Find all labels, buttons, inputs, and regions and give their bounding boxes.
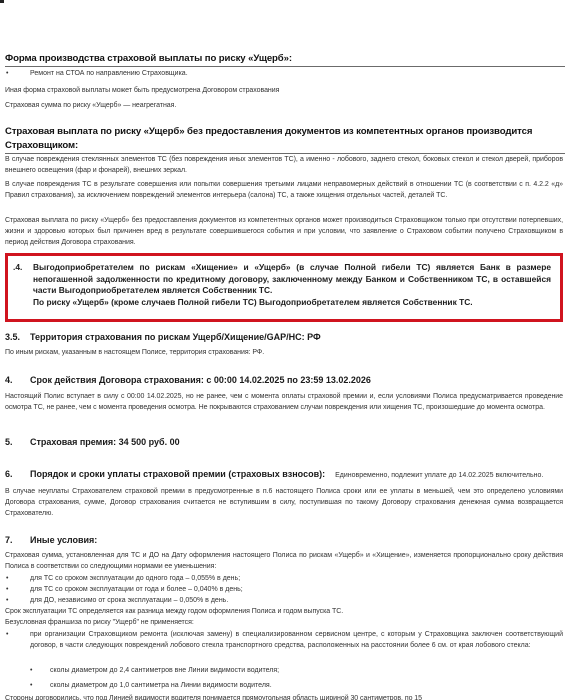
- clause-text-1: Выгодоприобретателем по рискам «Хищение»…: [33, 262, 551, 297]
- title-rule: [5, 153, 565, 154]
- no-docs-p2: В случае повреждения ТС в результате сов…: [5, 180, 563, 202]
- clause-number: .4.: [13, 262, 22, 272]
- no-docs-p1: В случае повреждения стеклянных элементо…: [5, 155, 563, 177]
- highlighted-clause-box: .4. Выгодоприобретателем по рискам «Хище…: [5, 253, 563, 322]
- no-docs-title-line2: Страховщиком:: [5, 140, 565, 151]
- clause-text-2: По риску «Ущерб» (кроме случаев Полной г…: [33, 297, 551, 309]
- section-3-5-text: По иным рискам, указанным в настоящем По…: [5, 348, 563, 359]
- franchise-note: Безусловная франшиза по риску "Ущерб" не…: [5, 618, 563, 629]
- payout-form-note: Иная форма страховой выплаты может быть …: [5, 86, 563, 97]
- section-4-text: Настоящий Полис вступает в силу с 00:00 …: [5, 392, 563, 414]
- title-rule: [5, 66, 565, 67]
- no-docs-p3: Страховая выплата по риску «Ущерб» без п…: [5, 216, 563, 248]
- corner-mark: [0, 0, 4, 3]
- section-7-intro: Страховая сумма, установленная для ТС и …: [5, 551, 563, 573]
- clause-body: Выгодоприобретателем по рискам «Хищение»…: [33, 262, 551, 308]
- visibility-line-definition: Стороны договорились, что под Линией вид…: [5, 694, 563, 700]
- term-note: Срок эксплуатации ТС определяется как ра…: [5, 607, 563, 618]
- section-6-text: В случае неуплаты Страхователем страхово…: [5, 487, 563, 519]
- bullet-dot: •: [6, 69, 8, 80]
- no-docs-title-line1: Страховая выплата по риску «Ущерб» без п…: [5, 126, 565, 137]
- payment-terms: Единовременно, подлежит уплате до 14.02.…: [335, 472, 543, 479]
- payout-form-title: Форма производства страховой выплаты по …: [5, 53, 565, 64]
- sum-note: Страховая сумма по риску «Ущерб» — неагр…: [5, 101, 563, 112]
